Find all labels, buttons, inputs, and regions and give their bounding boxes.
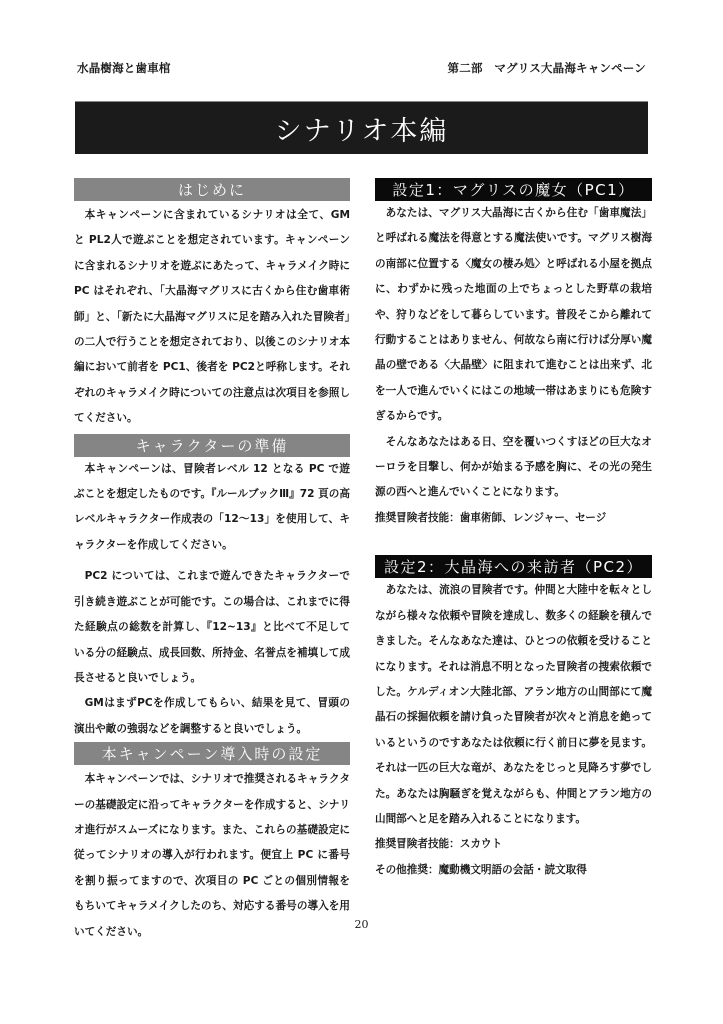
page-title-banner: シナリオ本編: [75, 101, 648, 154]
paragraph: PC2 については、これまで遊んできたキャラクターで引き続き遊ぶことが可能です。…: [74, 564, 350, 691]
left-column: はじめに 本キャンペーンに含まれているシナリオは全て、GM と PL2人で遊ぶこ…: [74, 178, 350, 945]
other-recommendations-pc2: その他推奨：魔動機文明語の会話・読文取得: [375, 858, 652, 883]
paragraph: あなたは、マグリス大晶海に古くから住む「歯車魔法」と呼ばれる魔法を得意とする魔法…: [375, 201, 652, 430]
paragraph: そんなあなたはある日、空を覆いつくすほどの巨大なオーロラを目撃し、何かが始まる予…: [375, 430, 652, 506]
section-heading-character-prep: キャラクターの準備: [74, 434, 350, 457]
running-header-left: 水晶樹海と歯車棺: [77, 60, 171, 76]
page-number: 20: [0, 918, 723, 931]
section-heading-pc1: 設定1：マグリスの魔女（PC1）: [375, 178, 652, 201]
section-heading-campaign-setup: 本キャンペーン導入時の設定: [74, 742, 350, 765]
right-column: 設定1：マグリスの魔女（PC1） あなたは、マグリス大晶海に古くから住む「歯車魔…: [375, 178, 652, 883]
paragraph: 本キャンペーンは、冒険者レベル 12 となる PC で遊ぶことを想定したものです…: [74, 457, 350, 559]
section-heading-introduction: はじめに: [74, 178, 350, 201]
paragraph: あなたは、流浪の冒険者です。仲間と大陸中を転々としながら様々な依頼や冒険を達成し…: [375, 578, 652, 832]
page-title: シナリオ本編: [275, 109, 449, 148]
paragraph: GMはまずPCを作成してもらい、結果を見て、冒頭の演出や敵の強弱などを調整すると…: [74, 691, 350, 742]
recommended-skills-pc1: 推奨冒険者技能：歯車術師、レンジャー、セージ: [375, 506, 652, 531]
running-header-right: 第二部 マグリス大晶海キャンペーン: [448, 60, 646, 76]
recommended-skills-pc2: 推奨冒険者技能：スカウト: [375, 832, 652, 857]
section-heading-pc2: 設定2：大晶海への来訪者（PC2）: [375, 555, 652, 578]
paragraph: 本キャンペーンに含まれているシナリオは全て、GM と PL2人で遊ぶことを想定さ…: [74, 203, 350, 432]
